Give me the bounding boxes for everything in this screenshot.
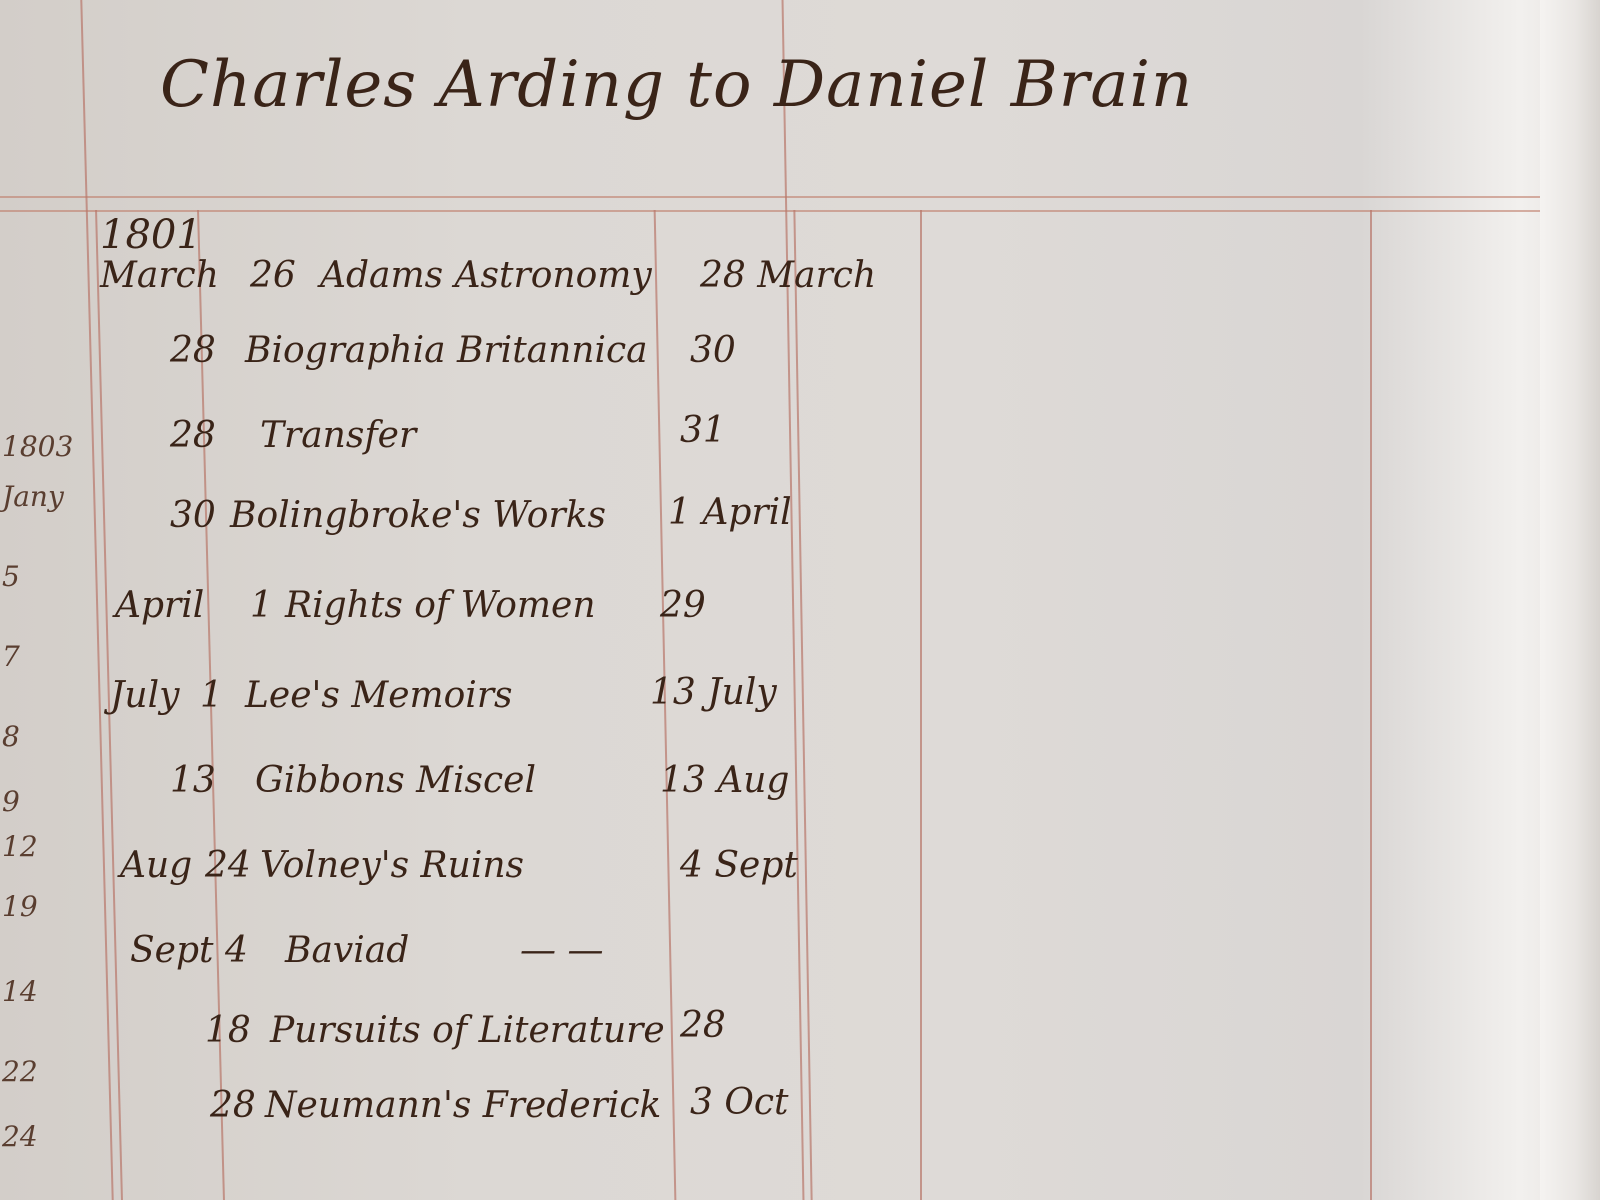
entry-returned: 13 Aug bbox=[660, 760, 789, 801]
margin-fragment: 8 bbox=[2, 720, 20, 753]
entry-returned: 28 bbox=[680, 1005, 726, 1046]
entry-returned: 29 bbox=[660, 585, 706, 626]
right-column-rule bbox=[920, 210, 922, 1200]
entry-day: 28 bbox=[210, 1085, 256, 1126]
margin-fragment: 24 bbox=[2, 1120, 38, 1153]
header-rule-top bbox=[0, 196, 1560, 198]
entry-returned: 28 March bbox=[700, 255, 876, 296]
margin-rule-left bbox=[80, 0, 113, 1200]
entry-title: Adams Astronomy bbox=[320, 255, 652, 296]
entry-day: 30 bbox=[170, 495, 216, 536]
header-rule-bottom bbox=[0, 210, 1560, 212]
entry-day: 26 bbox=[250, 255, 296, 296]
far-right-column-rule bbox=[1370, 210, 1372, 1200]
entry-returned: 30 bbox=[690, 330, 736, 371]
entry-title: Lee's Memoirs bbox=[245, 675, 513, 716]
entry-day: 28 bbox=[170, 330, 216, 371]
entry-title: Pursuits of Literature bbox=[270, 1010, 665, 1051]
entry-month: April bbox=[115, 585, 204, 626]
entry-month: July bbox=[110, 675, 179, 716]
entry-day: 1 bbox=[200, 675, 223, 716]
entry-day: 4 bbox=[225, 930, 248, 971]
margin-fragment: 1803 bbox=[2, 430, 73, 463]
entry-day: 18 bbox=[205, 1010, 251, 1051]
entry-returned: 1 April bbox=[668, 492, 792, 533]
entry-title: Biographia Britannica bbox=[245, 330, 648, 371]
entry-day: 13 bbox=[170, 760, 216, 801]
margin-fragment: 14 bbox=[2, 975, 38, 1008]
entry-dash: — — bbox=[520, 930, 603, 971]
entry-title: Gibbons Miscel bbox=[255, 760, 536, 801]
entry-returned: 13 July bbox=[650, 672, 777, 713]
margin-fragment: 7 bbox=[2, 640, 20, 673]
entry-title: Transfer bbox=[260, 415, 416, 456]
ledger-page: Charles Arding to Daniel Brain 1801 Marc… bbox=[0, 0, 1600, 1200]
entry-day: 28 bbox=[170, 415, 216, 456]
margin-fragment: Jany bbox=[2, 480, 64, 513]
margin-fragment: 5 bbox=[2, 560, 20, 593]
entry-title: Neumann's Frederick bbox=[265, 1085, 661, 1126]
margin-fragment: 9 bbox=[2, 785, 20, 818]
ledger-heading: Charles Arding to Daniel Brain bbox=[160, 48, 1193, 122]
ledger-year: 1801 bbox=[100, 212, 202, 258]
entry-month: Aug bbox=[120, 845, 192, 886]
entry-returned: 4 Sept bbox=[680, 845, 798, 886]
entry-day: 24 bbox=[205, 845, 251, 886]
entry-month: March bbox=[100, 255, 219, 296]
entry-day: 1 bbox=[250, 585, 273, 626]
amount-column-rule-2 bbox=[793, 210, 812, 1200]
margin-fragment: 19 bbox=[2, 890, 38, 923]
entry-month: Sept bbox=[130, 930, 213, 971]
entry-title: Rights of Women bbox=[285, 585, 596, 626]
entry-returned: 31 bbox=[680, 410, 726, 451]
book-spine-edge bbox=[1540, 0, 1600, 1200]
margin-fragment: 22 bbox=[2, 1055, 38, 1088]
entry-title: Volney's Ruins bbox=[260, 845, 524, 886]
entry-title: Bolingbroke's Works bbox=[230, 495, 606, 536]
margin-fragment: 12 bbox=[2, 830, 38, 863]
entry-title: Baviad bbox=[285, 930, 409, 971]
entry-returned: 3 Oct bbox=[690, 1082, 789, 1123]
